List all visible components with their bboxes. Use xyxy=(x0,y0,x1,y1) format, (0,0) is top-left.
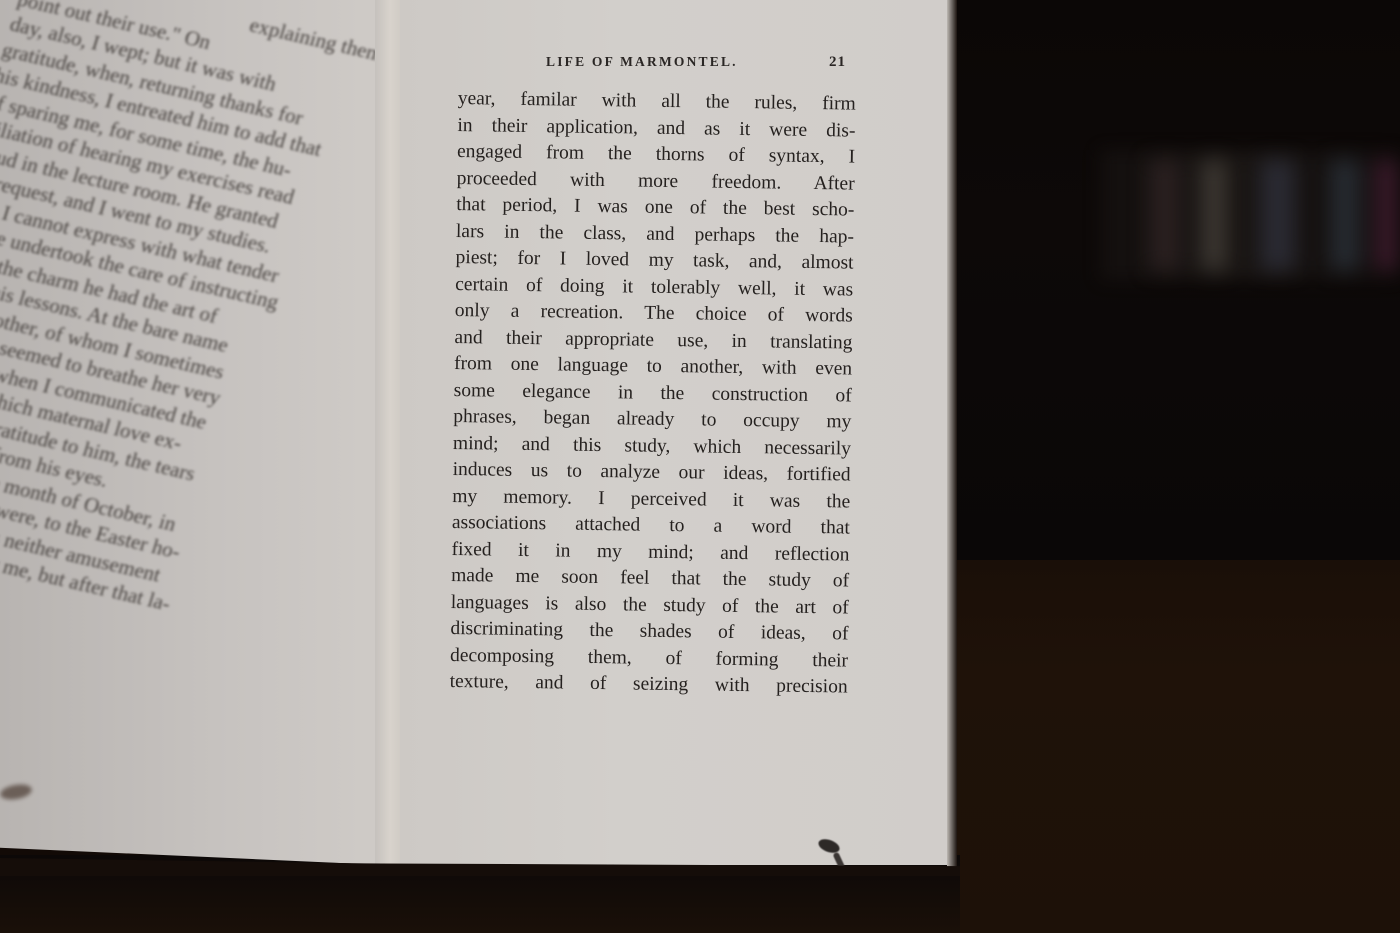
text-line: texture, and of seizing with precision xyxy=(449,669,847,701)
background-books xyxy=(1130,160,1400,270)
left-page: explaining them to point out their use."… xyxy=(0,0,385,865)
page-edge xyxy=(947,0,957,870)
running-head: LIFE OF MARMONTEL. 21 xyxy=(546,54,846,71)
page-number: 21 xyxy=(829,54,846,71)
right-page-text: year, familar with all the rules, firmin… xyxy=(449,86,855,701)
ink-stain xyxy=(0,782,33,801)
background-bookshelf xyxy=(940,0,1400,560)
running-head-title: LIFE OF MARMONTEL. xyxy=(546,54,738,71)
background-table xyxy=(940,560,1400,933)
book-photo: explaining them to point out their use."… xyxy=(0,0,1400,933)
left-page-text: explaining them to point out their use."… xyxy=(0,0,439,639)
